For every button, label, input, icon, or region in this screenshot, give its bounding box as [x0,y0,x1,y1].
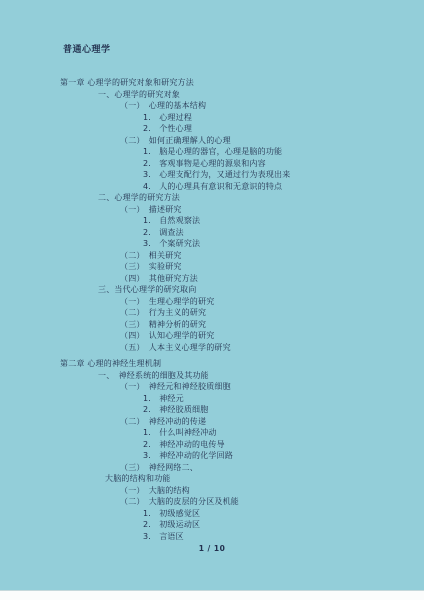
outline-line: （一） 描述研究 [0,204,424,216]
outline-line: 1. 脑是心理的器官，心理是脑的功能 [0,146,424,158]
outline-line: 一、心理学的研究对象 [0,89,424,101]
outline-line: 1. 神经元 [0,393,424,405]
outline-line: （二） 神经冲动的传递 [0,416,424,428]
outline-line: （二） 大脑的皮层的分区及机能 [0,496,424,508]
outline-line: （四） 认知心理学的研究 [0,330,424,342]
outline-line: 3. 个案研究法 [0,238,424,250]
outline-line: 第一章 心理学的研究对象和研究方法 [0,77,424,89]
outline-line: 1. 初级感觉区 [0,508,424,520]
outline-line: （一） 大脑的结构 [0,485,424,497]
document-viewport: 普通心理学 第一章 心理学的研究对象和研究方法一、心理学的研究对象（一） 心理的… [0,0,424,600]
outline-line: 二、心理学的研究方法 [0,192,424,204]
outline-line: （五） 人本主义心理学的研究 [0,342,424,354]
outline-line: 2. 神经冲动的电传导 [0,439,424,451]
outline-line: （三） 实验研究 [0,261,424,273]
outline-line: 三、当代心理学的研究取向 [0,284,424,296]
outline-line: （一） 生理心理学的研究 [0,296,424,308]
outline-line: 1. 心理过程 [0,112,424,124]
document-page: 普通心理学 第一章 心理学的研究对象和研究方法一、心理学的研究对象（一） 心理的… [0,0,424,591]
outline-line: 1. 自然观察法 [0,215,424,227]
outline-line: （一） 心理的基本结构 [0,100,424,112]
outline-line: 3. 心理支配行为，又通过行为表现出来 [0,169,424,181]
outline-line: 3. 神经冲动的化学回路 [0,450,424,462]
outline-line: （二） 行为主义的研究 [0,307,424,319]
outline-line: 1. 什么叫神经冲动 [0,427,424,439]
outline-line: 2. 客观事物是心理的源泉和内容 [0,158,424,170]
outline-line: 4. 人的心理具有意识和无意识的特点 [0,181,424,193]
page-gap-strip [0,590,424,600]
outline-line: （二） 如何正确理解人的心理 [0,135,424,147]
outline-line: 3. 言语区 [0,531,424,543]
outline-line: 2. 神经胶质细胞 [0,404,424,416]
outline-line: （四） 其他研究方法 [0,273,424,285]
outline-line: （三） 神经网络二、 [0,462,424,474]
outline: 第一章 心理学的研究对象和研究方法一、心理学的研究对象（一） 心理的基本结构1.… [0,77,424,542]
outline-line: 第二章 心理的神经生理机制 [0,358,424,370]
outline-line: 大脑的结构和功能 [0,473,424,485]
page-number: 1 / 10 [0,544,424,553]
outline-line: 2. 个性心理 [0,123,424,135]
outline-line: 2. 初级运动区 [0,519,424,531]
document-title: 普通心理学 [63,42,111,55]
outline-line: （一） 神经元和神经胶质细胞 [0,381,424,393]
outline-line: （二） 相关研究 [0,250,424,262]
outline-line: 一、 神经系统的细胞及其功能 [0,370,424,382]
outline-line: 2. 调查法 [0,227,424,239]
outline-line: （三） 精神分析的研究 [0,319,424,331]
